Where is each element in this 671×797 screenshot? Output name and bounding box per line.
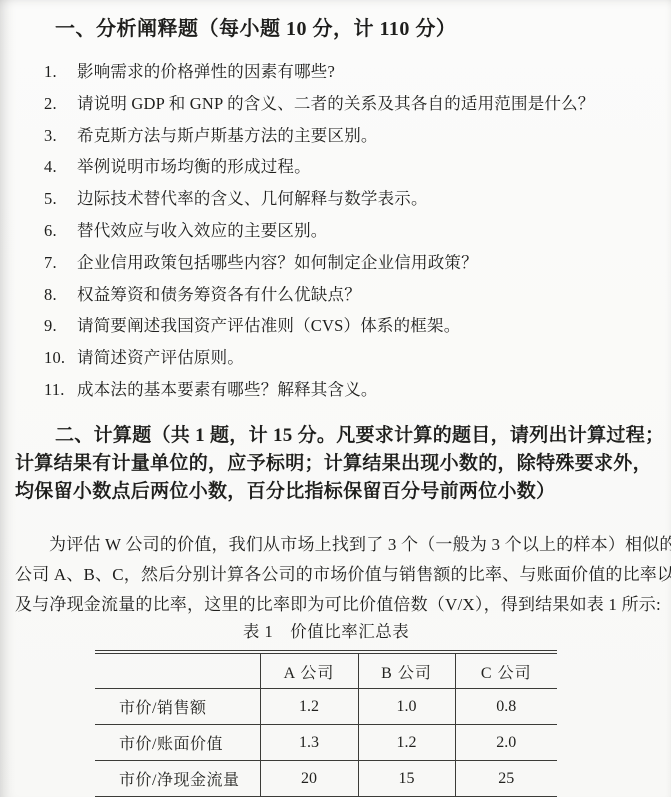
question-item: 9.请简要阐述我国资产评估准则（CVS）体系的框架。 — [44, 310, 659, 342]
value-cell: 0.8 — [455, 689, 557, 725]
row-label-cell: 市价/销售额 — [95, 689, 260, 725]
value-cell: 1.3 — [260, 725, 358, 761]
question-text: 成本法的基本要素有哪些？解释其含义。 — [77, 380, 378, 399]
table-header-row: A 公司 B 公司 C 公司 — [95, 652, 557, 689]
section2-heading-line: 二、计算题（共 1 题，计 15 分。凡要求计算的题目，请列出计算过程； — [15, 422, 665, 450]
question-number: 9. — [44, 310, 68, 342]
question-number: 1. — [44, 56, 68, 88]
question-item: 11.成本法的基本要素有哪些？解释其含义。 — [44, 374, 659, 406]
question-text: 希克斯方法与斯卢斯基方法的主要区别。 — [77, 126, 378, 145]
question-text: 举例说明市场均衡的形成过程。 — [77, 157, 311, 176]
question-item: 6.替代效应与收入效应的主要区别。 — [44, 215, 659, 247]
problem-statement: 为评估 W 公司的价值，我们从市场上找到了 3 个（一般为 3 个以上的样本）相… — [15, 530, 665, 620]
table-caption: 表 1 价值比率汇总表 — [95, 618, 557, 642]
value-ratio-table-wrap: A 公司 B 公司 C 公司 市价/销售额 1.2 1.0 0.8 市价/账面价… — [95, 650, 557, 797]
question-text: 请说明 GDP 和 GNP 的含义、二者的关系及其各自的适用范围是什么？ — [77, 94, 595, 113]
row-label-cell: 市价/账面价值 — [95, 725, 260, 761]
value-ratio-table: A 公司 B 公司 C 公司 市价/销售额 1.2 1.0 0.8 市价/账面价… — [95, 650, 557, 797]
question-number: 8. — [44, 279, 68, 311]
problem-line: 及与净现金流量的比率，这里的比率即为可比价值倍数（V/X），得到结果如表 1 所… — [15, 590, 665, 620]
question-item: 1.影响需求的价格弹性的因素有哪些? — [44, 56, 659, 88]
section2-heading-line: 计算结果有计量单位的，应予标明；计算结果出现小数的，除特殊要求外， — [15, 450, 665, 478]
question-number: 11. — [44, 374, 68, 406]
exam-paper-page: 一、分析阐释题（每小题 10 分，计 110 分） 1.影响需求的价格弹性的因素… — [0, 0, 671, 797]
section2-heading-line: 均保留小数点后两位小数，百分比指标保留百分号前两位小数） — [15, 478, 665, 506]
question-number: 10. — [44, 342, 68, 374]
question-list: 1.影响需求的价格弹性的因素有哪些? 2.请说明 GDP 和 GNP 的含义、二… — [44, 56, 659, 406]
table-row: 市价/销售额 1.2 1.0 0.8 — [95, 689, 557, 725]
question-number: 6. — [44, 215, 68, 247]
question-item: 10.请简述资产评估原则。 — [44, 342, 659, 374]
question-text: 替代效应与收入效应的主要区别。 — [77, 221, 328, 240]
question-item: 3.希克斯方法与斯卢斯基方法的主要区别。 — [44, 120, 659, 152]
question-number: 2. — [44, 88, 68, 120]
question-text: 企业信用政策包括哪些内容？如何制定企业信用政策？ — [77, 253, 478, 272]
row-label-cell: 市价/净现金流量 — [95, 761, 260, 797]
table-header-cell: B 公司 — [358, 652, 455, 689]
question-text: 请简要阐述我国资产评估准则（CVS）体系的框架。 — [77, 316, 460, 335]
question-number: 3. — [44, 120, 68, 152]
value-cell: 1.2 — [358, 725, 455, 761]
section1-heading: 一、分析阐释题（每小题 10 分，计 110 分） — [55, 12, 456, 41]
question-item: 2.请说明 GDP 和 GNP 的含义、二者的关系及其各自的适用范围是什么？ — [44, 88, 659, 120]
section2-heading: 二、计算题（共 1 题，计 15 分。凡要求计算的题目，请列出计算过程； 计算结… — [15, 422, 665, 506]
question-text: 请简述资产评估原则。 — [77, 348, 244, 367]
table-row: 市价/账面价值 1.3 1.2 2.0 — [95, 725, 557, 761]
table-header-cell: C 公司 — [455, 652, 557, 689]
table-header-cell: A 公司 — [260, 652, 358, 689]
value-cell: 1.0 — [358, 689, 455, 725]
table-header-cell — [95, 652, 260, 689]
problem-line: 为评估 W 公司的价值，我们从市场上找到了 3 个（一般为 3 个以上的样本）相… — [15, 530, 665, 560]
value-cell: 2.0 — [455, 725, 557, 761]
question-number: 7. — [44, 247, 68, 279]
question-number: 5. — [44, 183, 68, 215]
question-item: 4.举例说明市场均衡的形成过程。 — [44, 151, 659, 183]
value-cell: 25 — [455, 761, 557, 797]
value-cell: 15 — [358, 761, 455, 797]
question-number: 4. — [44, 151, 68, 183]
question-item: 8.权益筹资和债务筹资各有什么优缺点？ — [44, 279, 659, 311]
question-item: 5.边际技术替代率的含义、几何解释与数学表示。 — [44, 183, 659, 215]
question-text: 边际技术替代率的含义、几何解释与数学表示。 — [77, 189, 428, 208]
question-item: 7.企业信用政策包括哪些内容？如何制定企业信用政策？ — [44, 247, 659, 279]
value-cell: 1.2 — [260, 689, 358, 725]
question-text: 权益筹资和债务筹资各有什么优缺点？ — [77, 285, 361, 304]
question-text: 影响需求的价格弹性的因素有哪些? — [77, 62, 335, 81]
table-row: 市价/净现金流量 20 15 25 — [95, 761, 557, 797]
value-cell: 20 — [260, 761, 358, 797]
problem-line: 公司 A、B、C，然后分别计算各公司的市场价值与销售额的比率、与账面价值的比率以 — [15, 560, 665, 590]
